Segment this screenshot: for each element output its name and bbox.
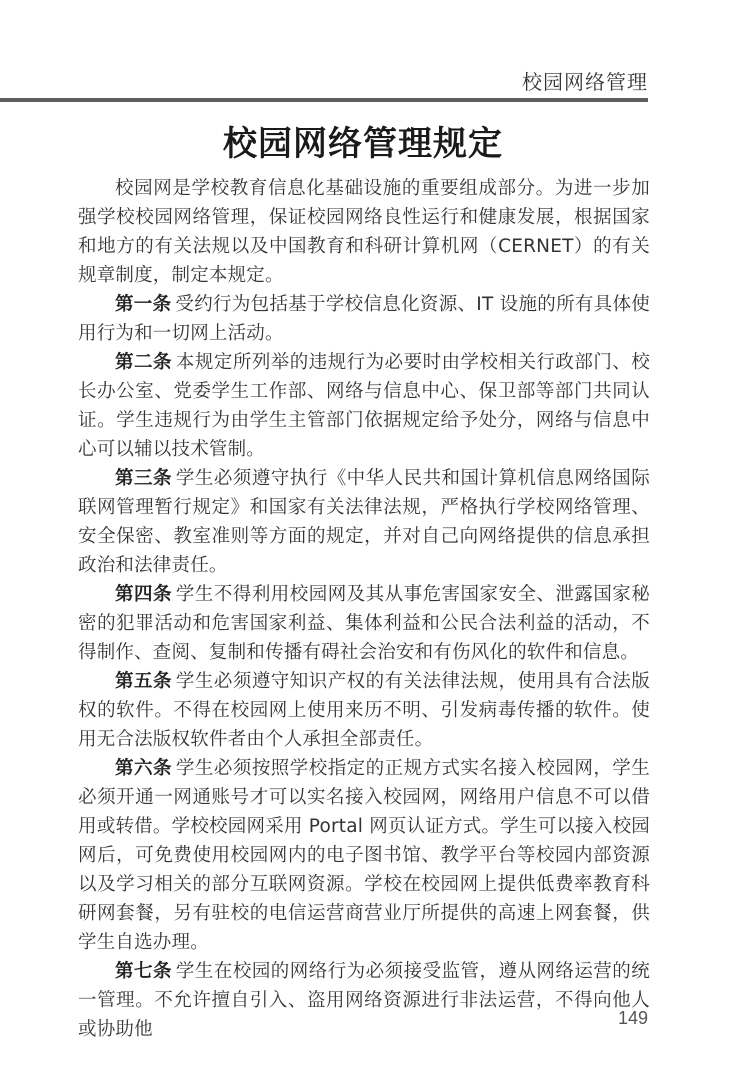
article-label: 第四条 — [115, 584, 172, 605]
article-7: 第七条学生在校园的网络行为必须接受监管，遵从网络运营的统一管理。不允许擅自引入、… — [78, 957, 650, 1044]
document-body: 校园网是学校教育信息化基础设施的重要组成部分。为进一步加强学校校园网络管理，保证… — [78, 174, 650, 1044]
article-label: 第一条 — [115, 294, 171, 315]
article-label: 第七条 — [115, 961, 172, 982]
article-5: 第五条学生必须遵守知识产权的有关法律法规，使用具有合法版权的软件。不得在校园网上… — [78, 667, 650, 754]
article-label: 第三条 — [115, 468, 172, 489]
header-rule — [0, 98, 648, 102]
article-label: 第六条 — [115, 758, 172, 779]
intro-paragraph: 校园网是学校教育信息化基础设施的重要组成部分。为进一步加强学校校园网络管理，保证… — [78, 174, 650, 290]
running-head: 校园网络管理 — [522, 70, 648, 94]
article-3: 第三条学生必须遵守执行《中华人民共和国计算机信息网络国际联网管理暂行规定》和国家… — [78, 464, 650, 580]
article-6: 第六条学生必须按照学校指定的正规方式实名接入校园网，学生必须开通一网通账号才可以… — [78, 754, 650, 957]
article-text: 学生必须按照学校指定的正规方式实名接入校园网，学生必须开通一网通账号才可以实名接… — [78, 758, 650, 953]
article-1: 第一条受约行为包括基于学校信息化资源、IT 设施的所有具体使用行为和一切网上活动… — [78, 290, 650, 348]
page-title: 校园网络管理规定 — [0, 122, 726, 166]
article-label: 第二条 — [115, 352, 172, 373]
page-number: 149 — [618, 1008, 648, 1029]
article-label: 第五条 — [115, 671, 172, 692]
article-4: 第四条学生不得利用校园网及其从事危害国家安全、泄露国家秘密的犯罪活动和危害国家利… — [78, 580, 650, 667]
article-2: 第二条本规定所列举的违规行为必要时由学校相关行政部门、校长办公室、党委学生工作部… — [78, 348, 650, 464]
